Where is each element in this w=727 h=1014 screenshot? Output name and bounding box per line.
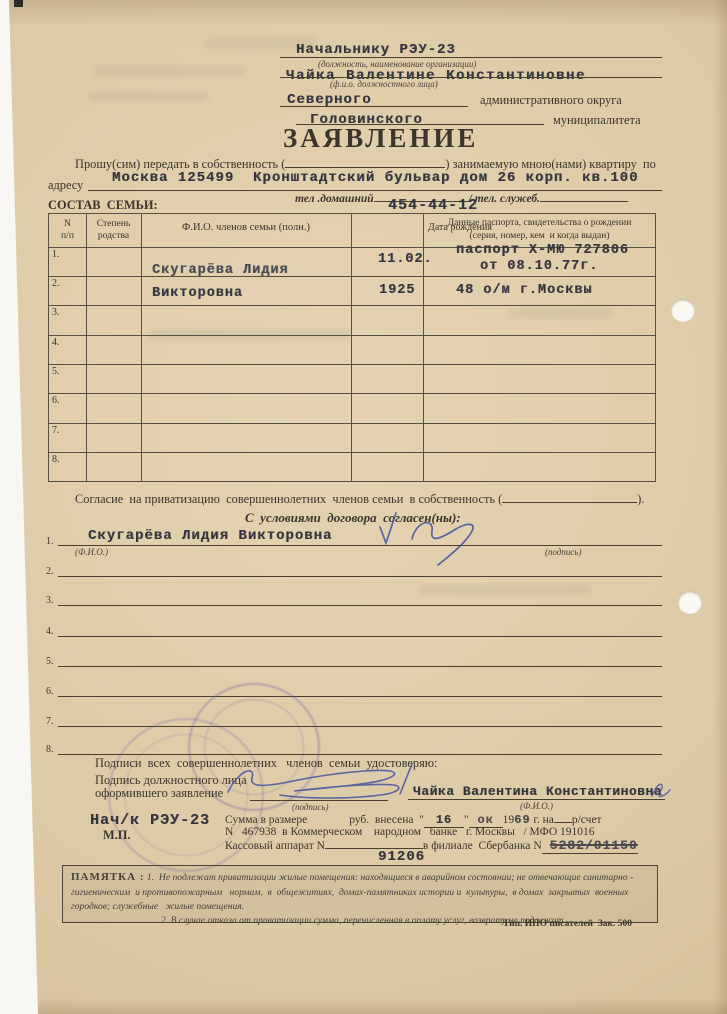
address-typed: Москва 125499 Кронштадтский бульвар дом … — [112, 170, 638, 186]
signer-name-typed: Скугарёва Лидия Викторовна — [88, 528, 332, 544]
ruled-line — [58, 576, 662, 577]
handwritten-signature — [372, 505, 492, 567]
phone-home-label: тел .домашний — [295, 193, 374, 205]
month-typed: ок — [477, 813, 493, 827]
form-title: ЗАЯВЛЕНИЕ — [283, 123, 478, 154]
okrug-printed: административного округа — [480, 93, 622, 107]
signature-flourish — [648, 778, 674, 800]
scanned-application-form: Начальнику РЭУ-23 (должность, наименован… — [0, 0, 727, 1014]
row-number: 2. — [52, 278, 60, 289]
entry-name-line1: Скугарёва Лидия — [152, 263, 289, 278]
payment-line3: Кассовый аппарат Nв филиале Сбербанка N5… — [225, 838, 665, 854]
sum-pre: Сумма в размере — [225, 814, 307, 826]
row-number: 7. — [52, 425, 60, 436]
blank-line-number: 8. — [46, 744, 54, 756]
hole-punch — [671, 299, 695, 322]
family-heading: СОСТАВ СЕМЬИ: — [48, 198, 158, 212]
addressee-name-label: (ф.и.о. должностного лица) — [330, 79, 438, 89]
sign-label: (подпись) — [545, 547, 582, 557]
entry-passport-line2: от 08.10.77г. — [480, 259, 598, 274]
entry-passport-line1: паспорт X-МЮ 727806 — [456, 243, 629, 258]
col-header-passport-line1: Данные паспорта, свидетельства о рождени… — [426, 217, 653, 229]
table-line — [49, 393, 655, 394]
year-suffix: г. на — [531, 814, 554, 826]
col-header-name: Ф.И.О. членов семьи (полн.) — [143, 222, 349, 235]
blank-field — [285, 167, 445, 168]
year-typed: 69 — [514, 813, 530, 827]
consent-post: ). — [637, 492, 644, 507]
row-number: 3. — [52, 307, 60, 318]
account-label: р/счет — [572, 814, 602, 826]
official-signature — [222, 758, 417, 806]
row-number: 6. — [52, 395, 60, 406]
blank-line-number: 7. — [46, 716, 54, 728]
entry-birth-line1: 11.02. — [378, 252, 433, 267]
official-name-typed: Чайка Валентина Константиновна — [413, 784, 662, 799]
seal-place-label: М.П. — [103, 828, 131, 842]
table-line — [141, 214, 142, 481]
municipality-printed: муниципалитета — [553, 113, 641, 127]
ruled-line — [58, 696, 662, 697]
bleed-through-mark — [420, 585, 590, 594]
blank-line-number: 6. — [46, 686, 54, 698]
table-line — [49, 364, 655, 365]
blank-line-number: 4. — [46, 626, 54, 638]
ruled-line — [58, 636, 662, 637]
memo-box: ПАМЯТКА : 1. Не подлежат приватизации жи… — [62, 865, 658, 923]
official-label-line2: оформившего заявление — [95, 786, 223, 800]
blank-line-number: 3. — [46, 595, 54, 607]
consent-line: Согласие на приватизацию совершеннолетни… — [75, 492, 665, 507]
entry-birth-line2: 1925 — [379, 283, 415, 298]
table-line — [351, 214, 352, 481]
col-header-relation: Степень родства — [88, 218, 139, 241]
ruled-line — [58, 666, 662, 667]
fio-label: (Ф.И.О.) — [520, 801, 553, 811]
hole-punch — [678, 591, 702, 614]
row-number: 5. — [52, 366, 60, 377]
ruled-line — [280, 106, 468, 107]
ruled-line — [88, 190, 662, 191]
addressee-position-typed: Начальнику РЭУ-23 — [296, 42, 456, 58]
memo-item1: 1. Не подлежат приватизации жилые помеще… — [71, 872, 636, 912]
table-line — [49, 276, 655, 277]
print-shop-footer: Тип. ИПО писателей Зак. 500 — [503, 919, 632, 930]
blank-field — [554, 822, 572, 823]
branch-field: 5282/01150 — [542, 838, 638, 854]
bleed-through-mark — [88, 92, 208, 101]
table-line — [49, 335, 655, 336]
sum-mid: руб. внесена " — [349, 814, 424, 826]
blank-field — [502, 502, 637, 503]
col-header-num: Nп/п — [51, 218, 84, 241]
table-line — [49, 452, 655, 453]
ruled-line — [58, 545, 662, 546]
ruled-line — [408, 799, 665, 800]
table-line — [49, 423, 655, 424]
blank-field — [540, 201, 628, 202]
signer-line-number: 1. — [46, 536, 54, 548]
blank-line-number: 2. — [46, 566, 54, 578]
branch-label: в филиале Сбербанка N — [423, 840, 542, 852]
official-position-typed: Нач/к РЭУ-23 — [90, 812, 210, 829]
day-typed: 16 — [436, 813, 452, 827]
year-printed: 19 — [503, 814, 515, 826]
address-label: адресу — [48, 178, 83, 192]
cash-label: Кассовый аппарат N — [225, 840, 325, 852]
register-number-typed: 91206 — [378, 849, 425, 865]
blank-line-number: 5. — [46, 656, 54, 668]
ruled-line — [280, 77, 662, 78]
fio-label: (Ф.И.О.) — [75, 547, 108, 557]
memo-label: ПАМЯТКА : — [71, 871, 145, 883]
table-line — [86, 214, 87, 481]
bleed-through-mark — [95, 66, 245, 76]
branch-number-typed: 5282/01150 — [550, 838, 638, 853]
entry-passport-line3: 48 о/м г.Москвы — [456, 283, 593, 298]
table-line — [49, 305, 655, 306]
phone-typed: 454-44-12 — [388, 197, 478, 214]
row-number: 1. — [52, 249, 60, 260]
ruled-line — [58, 605, 662, 606]
row-number: 8. — [52, 454, 60, 465]
phone-work-label: / тел. служеб. — [469, 193, 540, 205]
ruled-line — [280, 57, 662, 58]
col-header-passport-line2: (серия, номер, кем и когда выдан) — [426, 230, 653, 242]
row-number: 4. — [52, 337, 60, 348]
entry-name-line2: Викторовна — [152, 286, 243, 301]
